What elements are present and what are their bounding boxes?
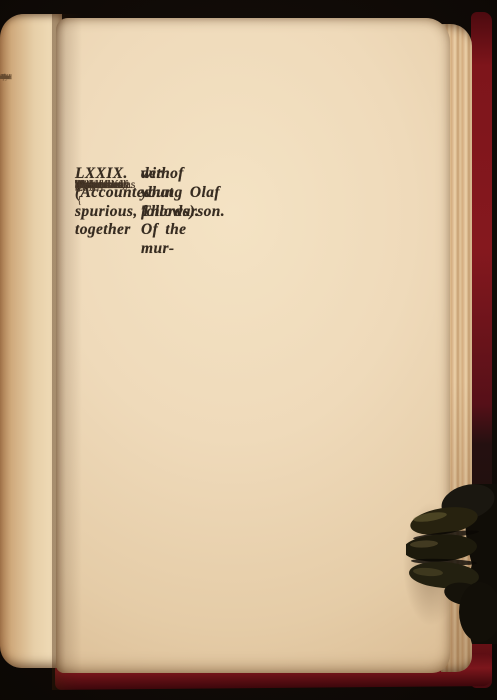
hand-holding-page <box>406 484 497 644</box>
main-page: LXXIX. (Accounted spurious, together wit… <box>56 18 450 673</box>
chapter-heading-line: der of young Olaf Thordarson. <box>141 165 225 221</box>
left-page-text-fragment: ave been a very <box>0 70 9 84</box>
left-page-text: begged her toworst to him Ithan it is al… <box>0 70 54 72</box>
book-photo: begged her toworst to him Ithan it is al… <box>0 0 497 700</box>
left-page: begged her toworst to him Ithan it is al… <box>0 14 62 668</box>
folio-ornament-right: }- <box>77 182 83 195</box>
